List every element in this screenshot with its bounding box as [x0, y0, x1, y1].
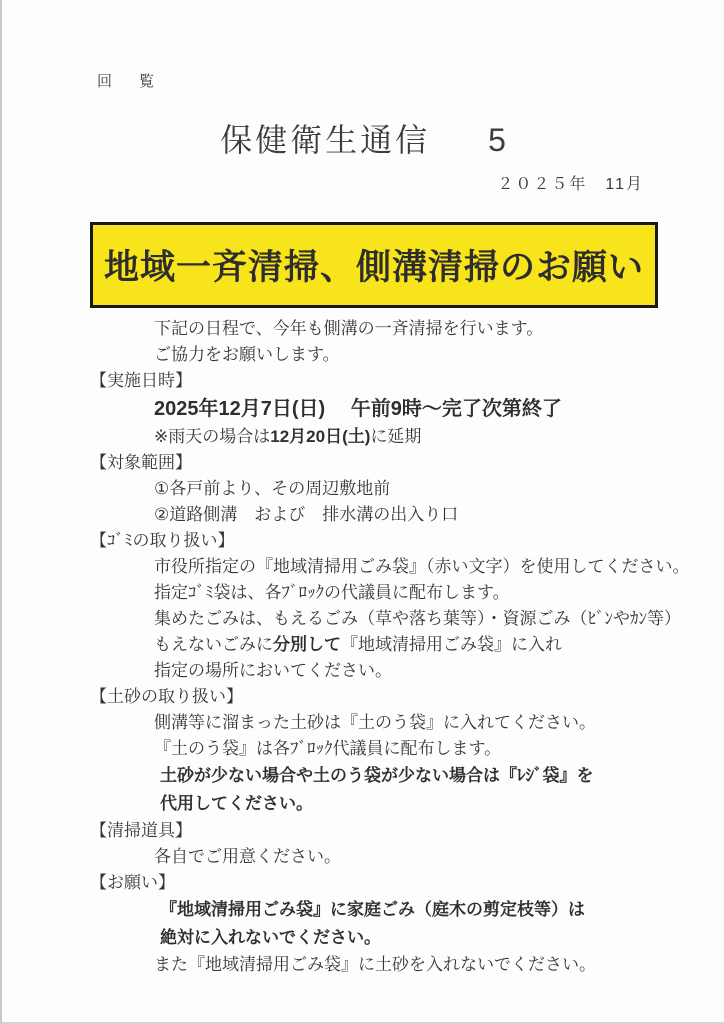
- intro-line-1: 下記の日程で、今年も側溝の一斉清掃を行います。: [154, 316, 724, 342]
- document-body: 下記の日程で、今年も側溝の一斉清掃を行います。 ご協力をお願いします。 【実施日…: [2, 316, 724, 978]
- newsletter-title-row: 保健衛生通信5: [2, 115, 724, 161]
- circular-label: 回 覧: [97, 70, 724, 91]
- request-line-1: 『地域清掃用ごみ袋』に家庭ごみ（庭木の剪定枝等）は: [160, 896, 724, 924]
- soil-line-3: 土砂が少ない場合や土のう袋が少ない場合は『ﾚｼﾞ袋』を: [160, 762, 724, 790]
- garbage-line-4-emphasis: 分別して: [273, 635, 341, 654]
- schedule-rain-note: ※雨天の場合は12月20日(土)に延期: [154, 424, 724, 450]
- tools-line-1: 各自でご用意ください。: [154, 844, 724, 870]
- issue-number: 5: [488, 122, 506, 158]
- garbage-line-4-suffix: 『地域清掃用ごみ袋』に入れ: [341, 635, 562, 654]
- rain-note-suffix: に延期: [370, 427, 421, 446]
- schedule-datetime: 2025年12月7日(日) 午前9時～完了次第終了: [154, 394, 724, 424]
- section-heading-tools: 【清掃道具】: [90, 818, 724, 844]
- request-line-2: 絶対に入れないでください。: [160, 924, 724, 952]
- section-heading-scope: 【対象範囲】: [90, 450, 724, 476]
- issue-date: ２０２５年 11月: [2, 171, 724, 194]
- garbage-line-3: 集めたごみは、もえるごみ（草や落ち葉等）・資源ごみ（ﾋﾞﾝやｶﾝ等）: [154, 606, 724, 632]
- scope-item-1: ①各戸前より、その周辺敷地前: [154, 476, 724, 502]
- rain-note-prefix: ※雨天の場合は: [154, 427, 270, 446]
- rain-date: 12月20日(土): [270, 427, 370, 446]
- document-page: 回 覧 保健衛生通信5 ２０２５年 11月 地域一斉清掃、側溝清掃のお願い 下記…: [0, 0, 724, 1024]
- garbage-line-1: 市役所指定の『地域清掃用ごみ袋』（赤い文字）を使用してください。: [154, 554, 724, 580]
- headline-text: 地域一斉清掃、側溝清掃のお願い: [104, 240, 644, 290]
- section-heading-schedule: 【実施日時】: [90, 368, 724, 394]
- garbage-line-4-prefix: もえないごみに: [154, 635, 273, 654]
- request-line-3: また『地域清掃用ごみ袋』に土砂を入れないでください。: [154, 952, 724, 978]
- garbage-line-5: 指定の場所においてください。: [154, 658, 724, 684]
- section-heading-garbage: 【ｺﾞﾐの取り扱い】: [90, 528, 724, 554]
- garbage-line-2: 指定ｺﾞﾐ袋は、各ﾌﾞﾛｯｸの代議員に配布します。: [154, 580, 724, 606]
- section-heading-soil: 【土砂の取り扱い】: [90, 684, 724, 710]
- soil-line-2: 『土のう袋』は各ﾌﾞﾛｯｸ代議員に配布します。: [154, 736, 724, 762]
- section-heading-request: 【お願い】: [90, 870, 724, 896]
- headline-banner: 地域一斉清掃、側溝清掃のお願い: [90, 222, 658, 308]
- soil-line-1: 側溝等に溜まった土砂は『土のう袋』に入れてください。: [154, 710, 724, 736]
- soil-line-4: 代用してください。: [160, 790, 724, 818]
- intro-line-2: ご協力をお願いします。: [154, 342, 724, 368]
- newsletter-title: 保健衛生通信: [220, 122, 430, 158]
- garbage-line-4: もえないごみに分別して『地域清掃用ごみ袋』に入れ: [154, 632, 724, 658]
- scope-item-2: ②道路側溝 および 排水溝の出入り口: [154, 502, 724, 528]
